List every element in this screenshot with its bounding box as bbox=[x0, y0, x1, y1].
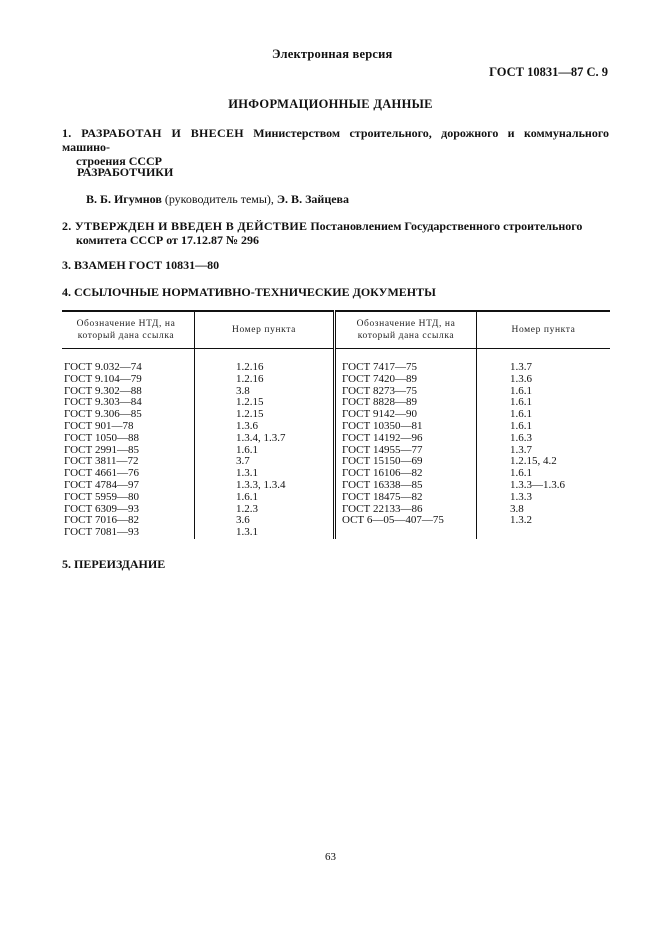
developers-heading: РАЗРАБОТЧИКИ bbox=[77, 165, 173, 180]
left-clause-cell: 1.2.16 bbox=[195, 374, 335, 386]
section-2-text-line1: Постановлением Государственного строител… bbox=[307, 219, 582, 233]
left-clause-cell: 1.2.15 bbox=[195, 409, 335, 421]
header-designation-left: Обозначение НТД, на который дана ссылка bbox=[62, 311, 195, 349]
section-4: 4. ССЫЛОЧНЫЕ НОРМАТИВНО-ТЕХНИЧЕСКИЕ ДОКУ… bbox=[62, 285, 609, 299]
right-document: ГОСТ 7420—89 bbox=[336, 373, 417, 385]
developers-line: В. Б. Игумнов (руководитель темы), Э. В.… bbox=[86, 192, 349, 207]
left-document: ГОСТ 9.303—84 bbox=[64, 396, 142, 408]
left-clause: 1.3.3, 1.3.4 bbox=[195, 480, 286, 492]
table-row: ГОСТ 4784—971.3.3, 1.3.4ГОСТ 16338—851.3… bbox=[62, 480, 610, 492]
left-document: ГОСТ 9.306—85 bbox=[64, 408, 142, 420]
right-document: ГОСТ 16338—85 bbox=[336, 479, 422, 491]
right-clause-cell: 1.3.2 bbox=[477, 515, 611, 527]
right-clause-cell: 1.6.1 bbox=[477, 409, 611, 421]
left-clause: 1.3.6 bbox=[195, 421, 258, 433]
right-document-cell: ГОСТ 7420—89 bbox=[335, 374, 477, 386]
left-clause-cell: 3.6 bbox=[195, 515, 335, 527]
right-clause: 1.6.1 bbox=[477, 421, 532, 433]
right-clause-cell: 1.6.1 bbox=[477, 397, 611, 409]
right-clause-cell: 1.6.3 bbox=[477, 433, 611, 445]
left-document: ГОСТ 6309—93 bbox=[64, 503, 139, 515]
left-document: ГОСТ 9.032—74 bbox=[64, 361, 142, 373]
right-clause: 1.3.3—1.3.6 bbox=[477, 480, 565, 492]
table-row: ГОСТ 9.104—791.2.16ГОСТ 7420—891.3.6 bbox=[62, 374, 610, 386]
right-clause: 1.3.3 bbox=[477, 492, 532, 504]
right-document-cell: ОСТ 6—05—407—75 bbox=[335, 515, 477, 527]
right-document-cell: ГОСТ 14192—96 bbox=[335, 433, 477, 445]
right-document: ГОСТ 10350—81 bbox=[336, 420, 422, 432]
right-document: ГОСТ 14192—96 bbox=[336, 432, 422, 444]
left-clause-cell: 1.2.16 bbox=[195, 362, 335, 374]
developer-2-name: Э. В. Зайцева bbox=[277, 192, 349, 206]
left-document-cell: ГОСТ 7081—93 bbox=[62, 527, 195, 539]
section-2: 2. УТВЕРЖДЕН И ВВЕДЕН В ДЕЙСТВИЕ Постано… bbox=[62, 219, 609, 247]
left-clause-cell: 1.6.1 bbox=[195, 445, 335, 457]
right-document-cell bbox=[335, 527, 477, 539]
right-clause: 1.3.2 bbox=[477, 515, 532, 527]
right-document: ГОСТ 22133—86 bbox=[336, 503, 422, 515]
right-document: ГОСТ 18475—82 bbox=[336, 491, 422, 503]
right-clause-cell: 1.3.7 bbox=[477, 362, 611, 374]
left-clause: 1.3.1 bbox=[195, 527, 258, 539]
right-document: ГОСТ 15150—69 bbox=[336, 455, 422, 467]
right-document-cell: ГОСТ 10350—81 bbox=[335, 421, 477, 433]
left-document: ГОСТ 5959—80 bbox=[64, 491, 139, 503]
section-5: 5. ПЕРЕИЗДАНИЕ bbox=[62, 557, 165, 572]
left-document: ГОСТ 9.302—88 bbox=[64, 385, 142, 397]
right-clause: 1.3.6 bbox=[477, 374, 532, 386]
section-2-text-line2: комитета СССР от 17.12.87 № 296 bbox=[62, 233, 609, 247]
table-row: ГОСТ 7081—931.3.1 bbox=[62, 527, 610, 539]
electronic-version-label: Электронная версия bbox=[272, 47, 392, 62]
right-document: ГОСТ 16106—82 bbox=[336, 467, 422, 479]
left-clause-cell: 3.8 bbox=[195, 386, 335, 398]
left-clause-cell: 1.2.3 bbox=[195, 504, 335, 516]
header-designation-right: Обозначение НТД, на который дана ссылка bbox=[335, 311, 477, 349]
page-title: ИНФОРМАЦИОННЫЕ ДАННЫЕ bbox=[0, 97, 661, 112]
left-document: ГОСТ 7081—93 bbox=[64, 526, 139, 538]
section-1-heading: 1. РАЗРАБОТАН И ВНЕСЕН bbox=[62, 126, 244, 140]
left-clause-cell: 1.3.4, 1.3.7 bbox=[195, 433, 335, 445]
right-clause-cell: 1.2.15, 4.2 bbox=[477, 456, 611, 468]
right-document: ГОСТ 7417—75 bbox=[336, 361, 417, 373]
right-document: ОСТ 6—05—407—75 bbox=[336, 514, 444, 526]
left-clause: 1.6.1 bbox=[195, 492, 258, 504]
table-row: ГОСТ 901—781.3.6ГОСТ 10350—811.6.1 bbox=[62, 421, 610, 433]
section-3: 3. ВЗАМЕН ГОСТ 10831—80 bbox=[62, 258, 609, 272]
right-document: ГОСТ 9142—90 bbox=[336, 408, 417, 420]
left-document: ГОСТ 2991—85 bbox=[64, 444, 139, 456]
left-document: ГОСТ 9.104—79 bbox=[64, 373, 142, 385]
table-row: ГОСТ 5959—801.6.1ГОСТ 18475—821.3.3 bbox=[62, 492, 610, 504]
right-clause-cell: 1.6.1 bbox=[477, 421, 611, 433]
right-clause-cell: 3.8 bbox=[477, 504, 611, 516]
left-clause-cell: 1.2.15 bbox=[195, 397, 335, 409]
right-document: ГОСТ 8828—89 bbox=[336, 396, 417, 408]
left-document: ГОСТ 4784—97 bbox=[64, 479, 139, 491]
right-document-cell: ГОСТ 18475—82 bbox=[335, 492, 477, 504]
right-clause-cell: 1.3.3—1.3.6 bbox=[477, 480, 611, 492]
right-clause: 1.6.3 bbox=[477, 433, 532, 445]
header-clause-right: Номер пункта bbox=[477, 311, 611, 349]
page-number: 63 bbox=[0, 851, 661, 863]
table-header-row: Обозначение НТД, на который дана ссылка … bbox=[62, 311, 610, 349]
left-clause-cell: 1.3.3, 1.3.4 bbox=[195, 480, 335, 492]
right-clause-cell: 1.3.3 bbox=[477, 492, 611, 504]
right-document bbox=[336, 526, 342, 538]
left-clause-cell: 1.3.1 bbox=[195, 527, 335, 539]
left-document: ГОСТ 901—78 bbox=[64, 420, 133, 432]
developer-1-role: (руководитель темы), bbox=[162, 192, 277, 206]
left-clause: 1.3.4, 1.3.7 bbox=[195, 433, 286, 445]
page-header-reference: ГОСТ 10831—87 С. 9 bbox=[489, 65, 608, 80]
references-table: Обозначение НТД, на который дана ссылка … bbox=[62, 310, 610, 539]
left-document: ГОСТ 3811—72 bbox=[64, 455, 139, 467]
right-document: ГОСТ 14955—77 bbox=[336, 444, 422, 456]
left-document: ГОСТ 7016—82 bbox=[64, 514, 139, 526]
table-spacer-row bbox=[62, 349, 610, 363]
right-clause-cell: 1.6.1 bbox=[477, 386, 611, 398]
right-document: ГОСТ 8273—75 bbox=[336, 385, 417, 397]
right-clause-cell bbox=[477, 527, 611, 539]
right-clause-cell: 1.3.6 bbox=[477, 374, 611, 386]
table-row: ГОСТ 1050—881.3.4, 1.3.7ГОСТ 14192—961.6… bbox=[62, 433, 610, 445]
left-document: ГОСТ 1050—88 bbox=[64, 432, 139, 444]
section-2-heading: 2. УТВЕРЖДЕН И ВВЕДЕН В ДЕЙСТВИЕ bbox=[62, 219, 307, 233]
section-1: 1. РАЗРАБОТАН И ВНЕСЕН Министерством стр… bbox=[62, 126, 609, 168]
left-clause: 1.2.16 bbox=[195, 374, 264, 386]
developer-1-name: В. Б. Игумнов bbox=[86, 192, 162, 206]
right-document-cell: ГОСТ 16338—85 bbox=[335, 480, 477, 492]
left-clause-cell: 3.7 bbox=[195, 456, 335, 468]
left-clause-cell: 1.3.6 bbox=[195, 421, 335, 433]
left-document: ГОСТ 4661—76 bbox=[64, 467, 139, 479]
left-clause-cell: 1.6.1 bbox=[195, 492, 335, 504]
header-clause-left: Номер пункта bbox=[195, 311, 335, 349]
